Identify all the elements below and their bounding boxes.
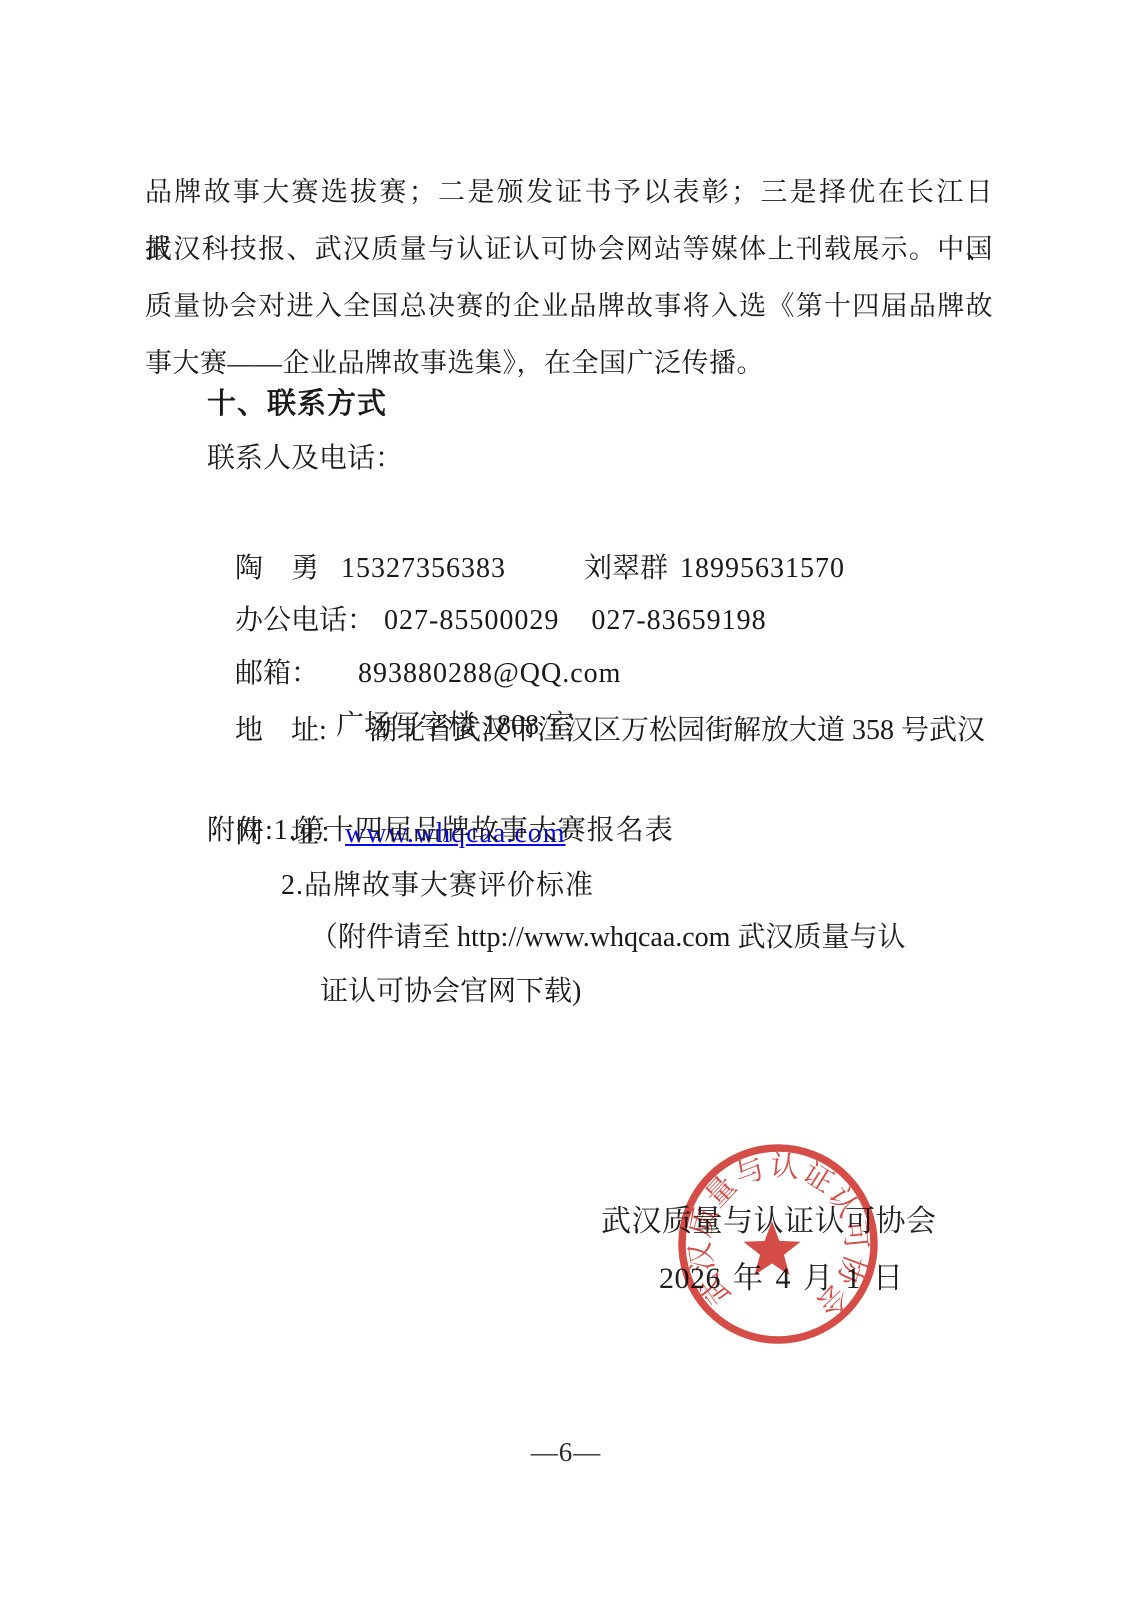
page-number: —6—	[506, 1432, 626, 1472]
attachment-line-2: 2.品牌故事大赛评价标准	[281, 857, 594, 914]
address-line-2: 广场写字楼 1808 室	[336, 697, 574, 754]
address-row: 地 址:湖北省武汉市江汉区万松园街解放大道 358 号武汉	[207, 645, 985, 702]
body-paragraph: 品牌故事大赛选拔赛；二是颁发证书予以表彰；三是择优在长江日报、 武汉科技报、武汉…	[145, 164, 993, 392]
email-row: 邮箱：893880288@QQ.com	[207, 588, 621, 645]
attachment-note-line-2: 证认可协会官网下载)	[320, 963, 581, 1020]
contact-intro: 联系人及电话：	[207, 430, 403, 487]
website-row: 网 址：www.whqcaa.com	[207, 748, 566, 805]
document-page: 品牌故事大赛选拔赛；二是颁发证书予以表彰；三是择优在长江日报、 武汉科技报、武汉…	[0, 0, 1131, 1600]
contact-persons-row: 陶 勇15327356383刘翠群18995631570	[207, 483, 845, 540]
attachment-note-line-1: （附件请至 http://www.whqcaa.com 武汉质量与认	[310, 909, 905, 966]
paragraph-line: 质量协会对进入全国总决赛的企业品牌故事将入选《第十四届品牌故	[145, 278, 993, 335]
office-phone-row: 办公电话：027-85500029027-83659198	[207, 535, 767, 592]
seal-star	[743, 1221, 800, 1275]
official-seal: 武汉质量与认证认可协会	[658, 1124, 898, 1364]
attachment-line-1: 附件:1.第十四届品牌故事大赛报名表	[207, 802, 674, 859]
section-heading: 十、联系方式	[207, 376, 387, 433]
paragraph-line: 品牌故事大赛选拔赛；二是颁发证书予以表彰；三是择优在长江日报、	[145, 164, 993, 221]
paragraph-line: 武汉科技报、武汉质量与认证认可协会网站等媒体上刊载展示。中国	[145, 221, 993, 278]
